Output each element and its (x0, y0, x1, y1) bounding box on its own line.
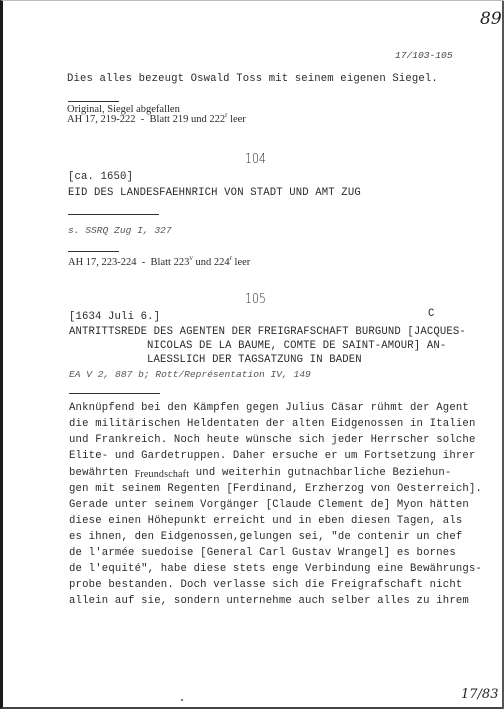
running-head: 17/103-105 (395, 50, 453, 61)
body-line: diese einen Höhepunkt erreicht und in eb… (69, 515, 462, 527)
body-text-span: bewährten (69, 467, 135, 479)
body-line: allein auf sie, sondern unternehme auch … (69, 595, 469, 607)
body-line: de l'equité", habe diese stets enge Verb… (69, 563, 482, 575)
section-rule (68, 214, 159, 215)
inserted-correction: Freundschaft (135, 469, 190, 480)
body-line: Anknüpfend bei den Kämpfen gegen Julius … (69, 402, 469, 414)
source-suffix: leer (227, 114, 245, 125)
document-date: [ca. 1650] (68, 171, 133, 183)
reference-citation: s. SSRQ Zug I, 327 (68, 225, 172, 236)
document-title-line: NICOLAS DE LA BAUME, COMTE DE SAINT-AMOU… (147, 340, 446, 352)
footnote-rule (68, 101, 119, 102)
section-rule (69, 393, 160, 394)
reference-citation: EA V 2, 887 b; Rott/Représentation IV, 1… (69, 369, 311, 380)
document-page: 89 17/103-105 Dies alles bezeugt Oswald … (0, 0, 504, 709)
source-text: AH 17, 223-224 - Blatt 223 (68, 257, 189, 268)
archive-source: AH 17, 219-222 - Blatt 219 und 222r leer (67, 114, 246, 125)
source-suffix: leer (232, 257, 250, 268)
document-date: [1634 Juli 6.] (69, 311, 160, 323)
closing-line: Dies alles bezeugt Oswald Toss mit seine… (67, 73, 438, 85)
body-line: und Frankreich. Noch heute wünsche sich … (69, 434, 476, 446)
body-text-span: und weiterhin gutnachbarliche Beziehun- (189, 467, 451, 479)
document-number-104: 104 (245, 152, 266, 167)
scan-speck (181, 699, 183, 701)
footnote-rule (68, 251, 119, 252)
body-line: Elite- und Gardetruppen. Daher ersuche e… (69, 450, 476, 462)
archive-source: AH 17, 223-224 - Blatt 223v und 224r lee… (68, 257, 250, 268)
body-line: de l'armée suedoise [General Carl Gustav… (69, 547, 456, 559)
body-line: es ihnen, den Eidgenossen,gelungen sei, … (69, 531, 462, 543)
body-line: gen mit seinem Regenten [Ferdinand, Erzh… (69, 483, 482, 495)
document-title-line: LAESSLICH DER TAGSATZUNG IN BADEN (147, 354, 362, 366)
handwritten-folio-number: 89 (480, 9, 502, 29)
source-text: AH 17, 219-222 - Blatt 219 und 222 (67, 114, 225, 125)
body-line: Gerade unter seinem Vorgänger [Claude Cl… (69, 499, 469, 511)
body-line: die militärischen Heldentaten der alten … (69, 418, 476, 430)
body-line: bewährten Freundschaft und weiterhin gut… (69, 467, 451, 480)
body-line: probe bestanden. Doch verlasse sich die … (69, 579, 462, 591)
handwritten-folio-bottom: 17/83 (461, 687, 498, 702)
document-number-105: 105 (245, 292, 266, 307)
source-text: und 224 (193, 257, 230, 268)
document-title: EID DES LANDESFAEHNRICH VON STADT UND AM… (68, 187, 361, 199)
document-title-line: ANTRITTSREDE DES AGENTEN DER FREIGRAFSCH… (69, 326, 466, 338)
category-marker: C (428, 308, 435, 320)
